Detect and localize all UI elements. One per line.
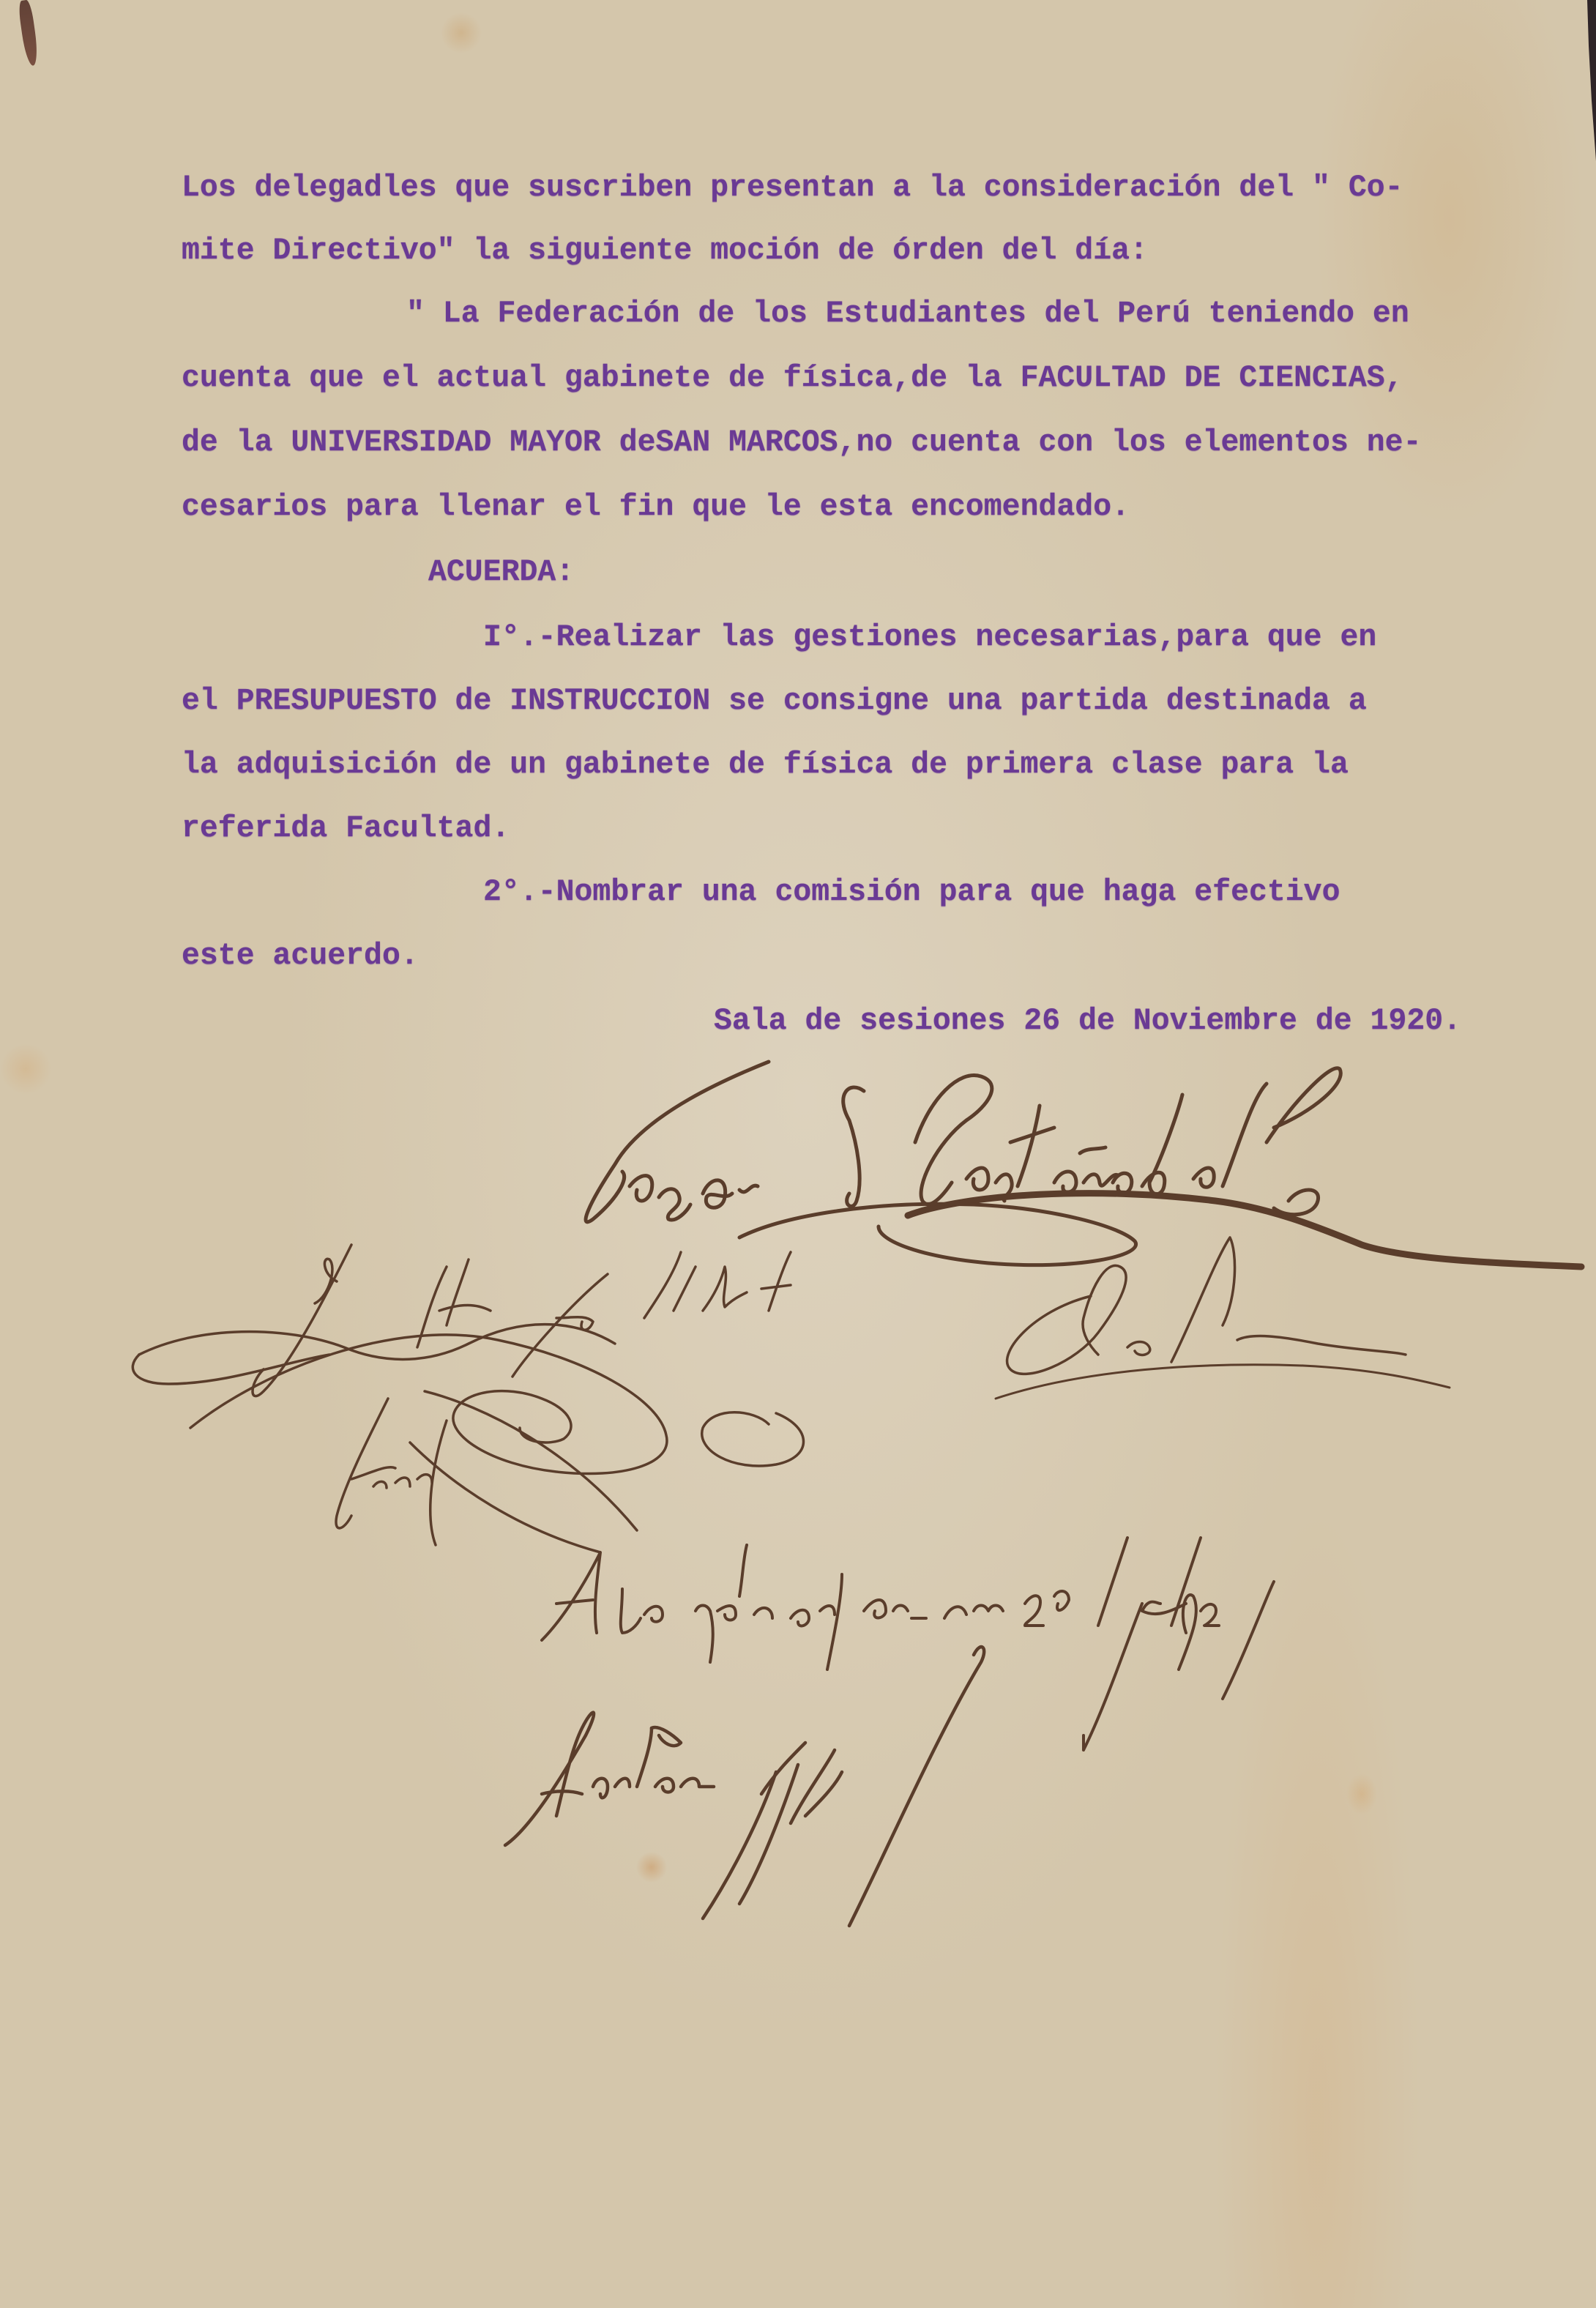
resolution-item-1: I°.-Realizar las gestiones necesarias,pa… bbox=[483, 622, 1376, 653]
typed-line: este acuerdo. bbox=[182, 941, 419, 972]
date-line: Sala de sesiones 26 de Noviembre de 1920… bbox=[714, 1006, 1461, 1037]
heading-acuerda: ACUERDA: bbox=[428, 557, 574, 588]
typed-line: cuenta que el actual gabinete de física,… bbox=[182, 363, 1403, 394]
typed-line: referida Facultad. bbox=[182, 814, 510, 844]
typed-line: " La Federación de los Estudiantes del P… bbox=[406, 299, 1409, 330]
typed-line: la adquisición de un gabinete de física … bbox=[182, 750, 1349, 781]
paper-background bbox=[0, 0, 1596, 2308]
resolution-item-2: 2°.-Nombrar una comisión para que haga e… bbox=[483, 877, 1340, 908]
typed-line: el PRESUPUESTO de INSTRUCCION se consign… bbox=[182, 686, 1367, 717]
typed-line: Los delegadles que suscriben presentan a… bbox=[182, 173, 1403, 204]
typed-line: cesarios para llenar el fin que le esta … bbox=[182, 492, 1130, 523]
typed-text-body: Los delegadles que suscriben presentan a… bbox=[0, 0, 37, 516]
typed-line: mite Directivo" la siguiente moción de ó… bbox=[182, 236, 1148, 267]
typed-line: de la UNIVERSIDAD MAYOR deSAN MARCOS,no … bbox=[182, 428, 1421, 458]
